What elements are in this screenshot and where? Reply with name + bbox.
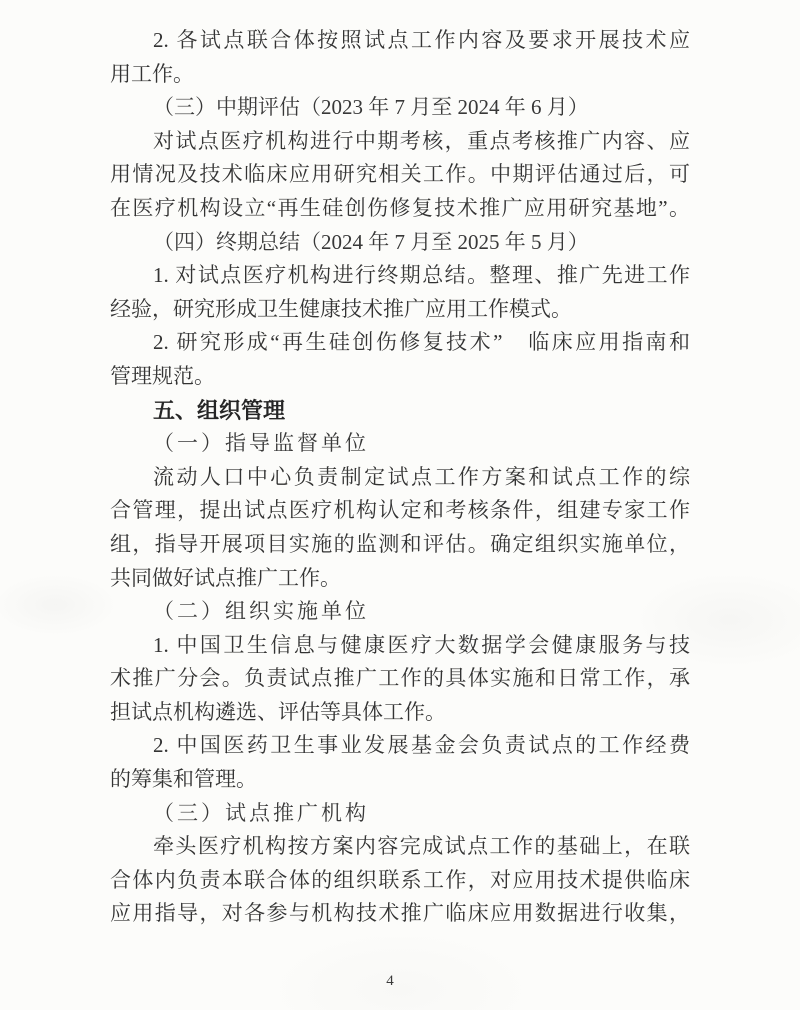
heading-final-summary: （四）终期总结（2024 年 7 月至 2025 年 5 月） — [110, 226, 690, 260]
body-line: 1. 对试点医疗机构进行终期总结。整理、推广先进工作 — [110, 259, 690, 293]
body-line: 2. 中国医药卫生事业发展基金会负责试点的工作经费 — [110, 729, 690, 763]
body-line: 1. 中国卫生信息与健康医疗大数据学会健康服务与技 — [110, 629, 690, 663]
body-line: 流动人口中心负责制定试点工作方案和试点工作的综 — [110, 461, 690, 495]
text-block: 2. 各试点联合体按照试点工作内容及要求开展技术应用工作。（三）中期评估（202… — [110, 24, 690, 931]
body-line: 2. 研究形成“再生硅创伤修复技术” 临床应用指南和 — [110, 326, 690, 360]
page-footer: 4 — [0, 972, 780, 990]
body-line: 管理规范。 — [110, 360, 690, 394]
heading-implementation-unit: （二）组织实施单位 — [110, 595, 690, 629]
document-page: 2. 各试点联合体按照试点工作内容及要求开展技术应用工作。（三）中期评估（202… — [0, 0, 800, 1010]
body-line: 的筹集和管理。 — [110, 763, 690, 797]
page-number: 4 — [386, 973, 394, 989]
body-line: 牵头医疗机构按方案内容完成试点工作的基础上，在联 — [110, 830, 690, 864]
body-line: 用工作。 — [110, 58, 690, 92]
heading-section-5-org-management: 五、组织管理 — [110, 394, 690, 428]
body-line: 对试点医疗机构进行中期考核，重点考核推广内容、应 — [110, 125, 690, 159]
heading-midterm-evaluation: （三）中期评估（2023 年 7 月至 2024 年 6 月） — [110, 91, 690, 125]
body-line: 经验，研究形成卫生健康技术推广应用工作模式。 — [110, 293, 690, 327]
heading-pilot-promotion-org: （三）试点推广机构 — [110, 797, 690, 831]
body-line: 共同做好试点推广工作。 — [110, 562, 690, 596]
body-line: 担试点机构遴选、评估等具体工作。 — [110, 696, 690, 730]
body-line: 合体内负责本联合体的组织联系工作，对应用技术提供临床 — [110, 864, 690, 898]
body-line: 2. 各试点联合体按照试点工作内容及要求开展技术应 — [110, 24, 690, 58]
body-line: 用情况及技术临床应用研究相关工作。中期评估通过后，可 — [110, 158, 690, 192]
heading-guidance-supervision-unit: （一）指导监督单位 — [110, 427, 690, 461]
body-line: 合管理，提出试点医疗机构认定和考核条件，组建专家工作 — [110, 494, 690, 528]
body-line: 术推广分会。负责试点推广工作的具体实施和日常工作，承 — [110, 662, 690, 696]
body-line: 在医疗机构设立“再生硅创伤修复技术推广应用研究基地”。 — [110, 192, 690, 226]
body-line: 组，指导开展项目实施的监测和评估。确定组织实施单位， — [110, 528, 690, 562]
body-line: 应用指导，对各参与机构技术推广临床应用数据进行收集， — [110, 897, 690, 931]
